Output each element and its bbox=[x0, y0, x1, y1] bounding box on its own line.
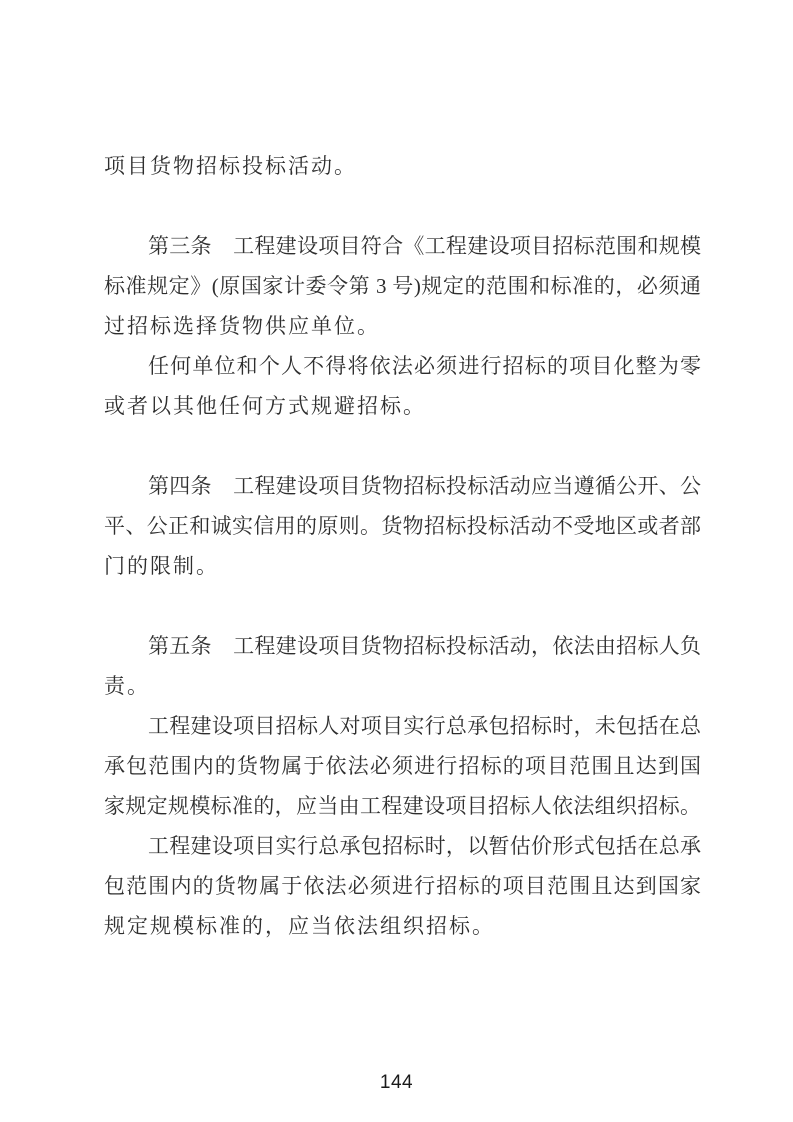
text-line: 家规定规模标准的，应当由工程建设项目招标人依法组织招标。 bbox=[104, 786, 701, 826]
text-line: 责。 bbox=[104, 666, 701, 706]
text-line: 承包范围内的货物属于依法必须进行招标的项目范围且达到国 bbox=[104, 746, 701, 786]
text-line: 规定规模标准的，应当依法组织招标。 bbox=[104, 906, 701, 946]
text-line: 包范围内的货物属于依法必须进行招标的项目范围且达到国家 bbox=[104, 866, 701, 906]
text-line: 过招标选择货物供应单位。 bbox=[104, 306, 701, 346]
text-line: 第五条 工程建设项目货物招标投标活动，依法由招标人负 bbox=[104, 626, 701, 666]
document-body: 项目货物招标投标活动。第三条 工程建设项目符合《工程建设项目招标范围和规模标准规… bbox=[104, 146, 701, 946]
text-line: 第三条 工程建设项目符合《工程建设项目招标范围和规模 bbox=[104, 226, 701, 266]
document-page: 项目货物招标投标活动。第三条 工程建设项目符合《工程建设项目招标范围和规模标准规… bbox=[0, 0, 793, 1122]
text-line: 项目货物招标投标活动。 bbox=[104, 146, 701, 186]
text-line: 标准规定》(原国家计委令第 3 号)规定的范围和标准的，必须通 bbox=[104, 266, 701, 306]
text-line: 第四条 工程建设项目货物招标投标活动应当遵循公开、公 bbox=[104, 466, 701, 506]
text-line: 平、公正和诚实信用的原则。货物招标投标活动不受地区或者部 bbox=[104, 506, 701, 546]
blank-line bbox=[104, 426, 701, 466]
page-number: 144 bbox=[380, 1072, 413, 1093]
blank-line bbox=[104, 186, 701, 226]
text-line: 工程建设项目实行总承包招标时，以暂估价形式包括在总承 bbox=[104, 826, 701, 866]
text-line: 门的限制。 bbox=[104, 546, 701, 586]
text-line: 工程建设项目招标人对项目实行总承包招标时，未包括在总 bbox=[104, 706, 701, 746]
text-line: 任何单位和个人不得将依法必须进行招标的项目化整为零 bbox=[104, 346, 701, 386]
text-line: 或者以其他任何方式规避招标。 bbox=[104, 386, 701, 426]
blank-line bbox=[104, 586, 701, 626]
page-footer: 144 bbox=[0, 1072, 793, 1094]
